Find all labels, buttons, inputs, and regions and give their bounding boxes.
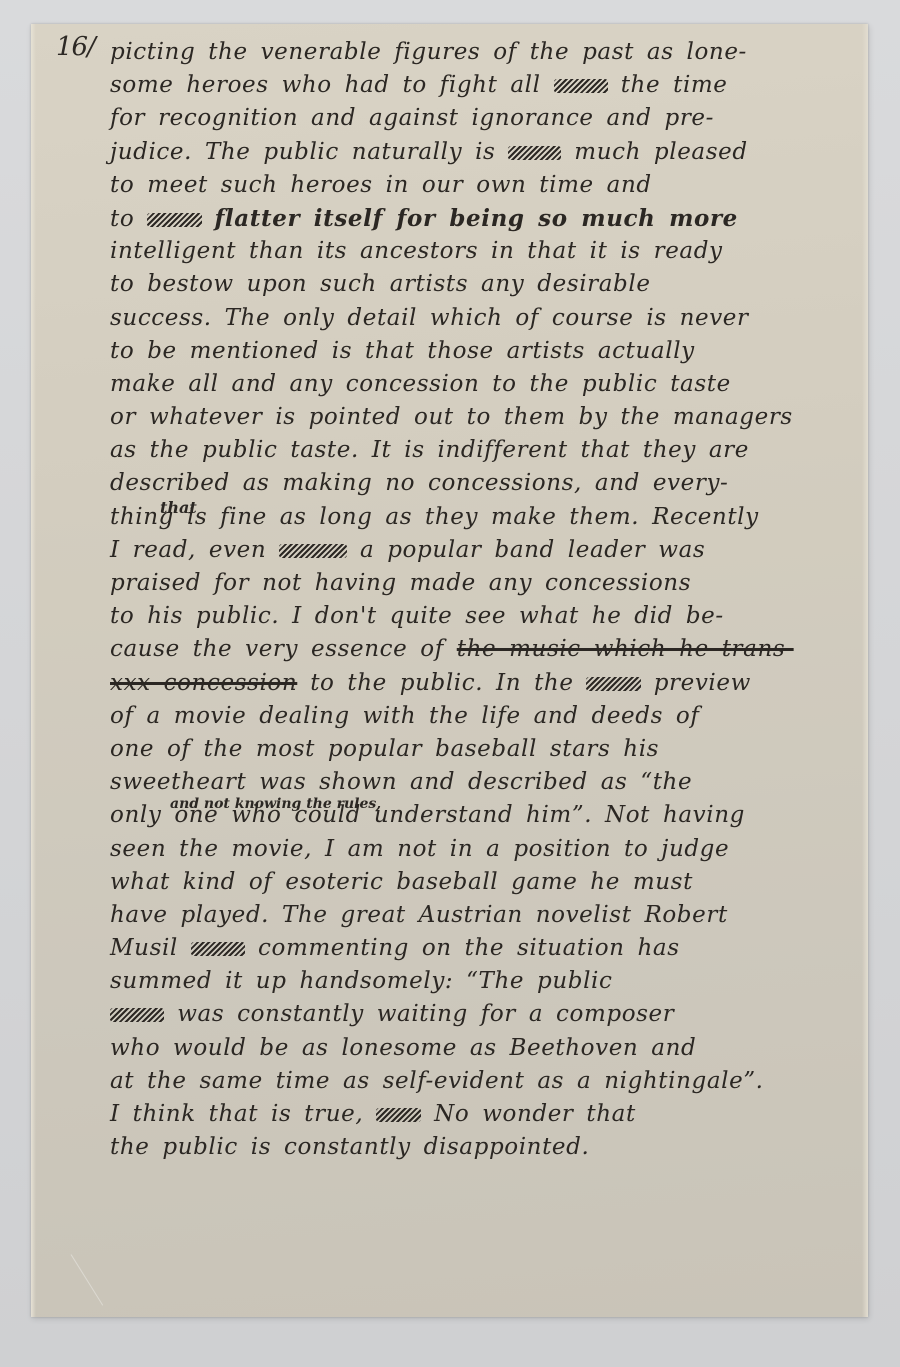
line-27: have played. The great Austrian novelist…	[110, 899, 870, 932]
line-33: I think that is true, and No wonder that	[110, 1098, 870, 1131]
line-6: to xxxx flatter itself for being so much…	[110, 202, 870, 235]
struck-word: and	[376, 1108, 421, 1122]
line-14: described as making no concessions, and …	[110, 467, 870, 500]
line-19: cause the very essence of the music whic…	[110, 633, 870, 666]
line-18: to his public. I don't quite see what he…	[110, 600, 870, 633]
line-28-text-a: Musil	[110, 935, 178, 961]
line-16: I read, even xxxxx a popular band leader…	[110, 534, 870, 567]
interlinear-insertion-that: that	[160, 498, 197, 517]
line-4-text-a: judice. The public naturally is	[110, 139, 495, 165]
struck-word: xxxx	[147, 213, 201, 227]
line-16-text-b: a popular band leader was	[360, 537, 705, 563]
line-30: xxxx was constantly waiting for a compos…	[110, 998, 870, 1031]
line-15: thing is fine as long as they make them.…	[110, 501, 870, 534]
interlinear-insertion-rules: and not knowing the rules,	[170, 796, 381, 812]
line-29: summed it up handsomely: “The public	[110, 965, 870, 998]
line-8: to bestow upon such artists any desirabl…	[110, 268, 870, 301]
line-2-text-b: the time	[621, 72, 728, 98]
line-34: the public is constantly disappointed.	[110, 1131, 870, 1164]
line-28-text-b: commenting on the situation has	[258, 935, 680, 961]
line-23: sweetheart was shown and described as “t…	[110, 766, 870, 799]
line-25: seen the movie, I am not in a position t…	[110, 833, 870, 866]
line-7: intelligent than its ancestors in that i…	[110, 235, 870, 268]
struck-word: very	[508, 146, 561, 160]
struck-word: xxxx	[191, 942, 245, 956]
line-13: as the public taste. It is indifferent t…	[110, 434, 870, 467]
line-20-text-b: to the public. In the	[310, 670, 573, 696]
line-9: success. The only detail which of course…	[110, 302, 870, 335]
line-10: to be mentioned is that those artists ac…	[110, 335, 870, 368]
line-4-text-b: much pleased	[574, 139, 747, 165]
struck-word: xxxxx	[279, 544, 347, 558]
line-30-text-b: was constantly waiting for a composer	[177, 1001, 674, 1027]
line-2-text-a: some heroes who had to fight all	[110, 72, 541, 98]
line-22: one of the most popular baseball stars h…	[110, 733, 870, 766]
line-31: who would be as lonesome as Beethoven an…	[110, 1032, 870, 1065]
line-20: xxx concession to the public. In the xxx…	[110, 667, 870, 700]
line-3: for recognition and against ignorance an…	[110, 102, 870, 135]
struck-word: xxxx	[554, 79, 608, 93]
line-6-text-b: flatter itself for being so much more	[214, 205, 737, 232]
line-33-text-b: No wonder that	[434, 1101, 636, 1127]
line-19-text-a: cause the very essence of	[110, 636, 444, 662]
page-number: 16/	[56, 32, 95, 62]
line-2: some heroes who had to fight all xxxx th…	[110, 69, 870, 102]
line-1: picting the venerable figures of the pas…	[110, 36, 870, 69]
paper-crease	[71, 1254, 104, 1305]
line-17: praised for not having made any concessi…	[110, 567, 870, 600]
line-20-text-c: preview	[654, 670, 751, 696]
manuscript-text: picting the venerable figures of the pas…	[110, 36, 870, 1164]
line-32: at the same time as self-evident as a ni…	[110, 1065, 870, 1098]
struck-phrase: the music which he trans-	[457, 636, 794, 662]
line-11: make all and any concession to the publi…	[110, 368, 870, 401]
struck-word: xxxx	[110, 1008, 164, 1022]
struck-phrase: xxx concession	[110, 670, 297, 696]
line-4: judice. The public naturally is very muc…	[110, 136, 870, 169]
line-12: or whatever is pointed out to them by th…	[110, 401, 870, 434]
line-26: what kind of esoteric baseball game he m…	[110, 866, 870, 899]
line-16-text-a: I read, even	[110, 537, 266, 563]
line-33-text-a: I think that is true,	[110, 1101, 363, 1127]
struck-word: xxxx	[586, 677, 640, 691]
line-28: Musil xxxx commenting on the situation h…	[110, 932, 870, 965]
line-21: of a movie dealing with the life and dee…	[110, 700, 870, 733]
line-6-text-a: to	[110, 206, 134, 232]
line-5: to meet such heroes in our own time and	[110, 169, 870, 202]
